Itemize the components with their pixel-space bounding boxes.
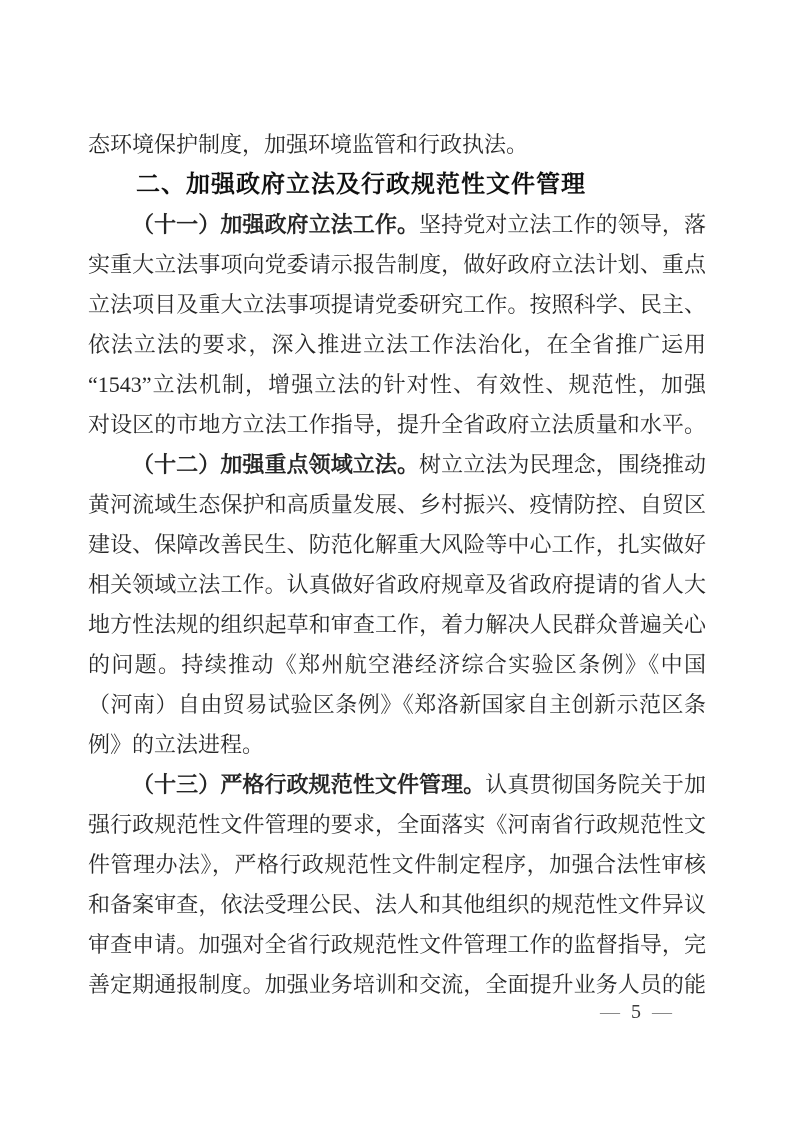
text-segment: 和备案审查，依法受理公民、法人和其他组织的规范性文件异议 [88, 892, 706, 917]
text-segment: 相关领域立法工作。认真做好省政府规章及省政府提请的省人大 [88, 572, 706, 597]
page-number-dash-left: — [600, 1001, 620, 1023]
text-segment: 树立立法为民理念，围绕推动 [419, 452, 706, 477]
page-number-value: 5 [631, 1001, 641, 1023]
text-segment: “1543”立法机制，增强立法的针对性、有效性、规范性，加强 [88, 372, 706, 397]
text-segment: 强行政规范性文件管理的要求，全面落实《河南省行政规范性文 [88, 812, 706, 837]
text-segment: 依法立法的要求，深入推进立法工作法治化，在全省推广运用 [88, 332, 706, 357]
text-segment: 对设区的市地方立法工作指导，提升全省政府立法质量和水平。 [88, 412, 706, 437]
text-line: （河南）自由贸易试验区条例》《郑洛新国家自主创新示范区条 [88, 685, 706, 725]
text-segment: 实重大立法事项向党委请示报告制度，做好政府立法计划、重点 [88, 252, 706, 277]
paragraph-lead: （十三）严格行政规范性文件管理。 [132, 772, 485, 797]
text-segment: 善定期通报制度。加强业务培训和交流，全面提升业务人员的能 [88, 972, 706, 997]
text-line: （十三）严格行政规范性文件管理。认真贯彻国务院关于加 [88, 765, 706, 805]
text-segment: 的问题。持续推动《郑州航空港经济综合实验区条例》《中国 [88, 652, 706, 677]
text-line: 态环境保护制度，加强环境监管和行政执法。 [88, 125, 706, 165]
document-page: 态环境保护制度，加强环境监管和行政执法。二、加强政府立法及行政规范性文件管理（十… [0, 0, 793, 1122]
text-line: 相关领域立法工作。认真做好省政府规章及省政府提请的省人大 [88, 565, 706, 605]
text-line: 建设、保障改善民生、防范化解重大风险等中心工作，扎实做好 [88, 525, 706, 565]
text-segment: 坚持党对立法工作的领导，落 [419, 212, 706, 237]
text-line: 对设区的市地方立法工作指导，提升全省政府立法质量和水平。 [88, 405, 706, 445]
text-segment: 态环境保护制度，加强环境监管和行政执法。 [88, 132, 528, 157]
text-line: 实重大立法事项向党委请示报告制度，做好政府立法计划、重点 [88, 245, 706, 285]
text-segment: 件管理办法》，严格行政规范性文件制定程序，加强合法性审核 [88, 852, 706, 877]
page-number-dash-right: — [652, 1001, 672, 1023]
text-line: 的问题。持续推动《郑州航空港经济综合实验区条例》《中国 [88, 645, 706, 685]
text-line: （十一）加强政府立法工作。坚持党对立法工作的领导，落 [88, 205, 706, 245]
text-line: “1543”立法机制，增强立法的针对性、有效性、规范性，加强 [88, 365, 706, 405]
text-line: 例》的立法进程。 [88, 725, 706, 765]
document-text-block: 态环境保护制度，加强环境监管和行政执法。二、加强政府立法及行政规范性文件管理（十… [88, 125, 706, 1005]
section-heading: 二、加强政府立法及行政规范性文件管理 [88, 165, 706, 205]
paragraph-lead: （十一）加强政府立法工作。 [132, 212, 419, 237]
text-line: 立法项目及重大立法事项提请党委研究工作。按照科学、民主、 [88, 285, 706, 325]
text-line: 件管理办法》，严格行政规范性文件制定程序，加强合法性审核 [88, 845, 706, 885]
text-line: 依法立法的要求，深入推进立法工作法治化，在全省推广运用 [88, 325, 706, 365]
text-line: （十二）加强重点领域立法。树立立法为民理念，围绕推动 [88, 445, 706, 485]
text-line: 强行政规范性文件管理的要求，全面落实《河南省行政规范性文 [88, 805, 706, 845]
paragraph-lead: （十二）加强重点领域立法。 [132, 452, 419, 477]
text-segment: 认真贯彻国务院关于加 [485, 772, 706, 797]
text-segment: （河南）自由贸易试验区条例》《郑洛新国家自主创新示范区条 [88, 692, 706, 717]
text-segment: 审查申请。加强对全省行政规范性文件管理工作的监督指导，完 [88, 932, 706, 957]
text-line: 和备案审查，依法受理公民、法人和其他组织的规范性文件异议 [88, 885, 706, 925]
text-line: 黄河流域生态保护和高质量发展、乡村振兴、疫情防控、自贸区 [88, 485, 706, 525]
text-line: 审查申请。加强对全省行政规范性文件管理工作的监督指导，完 [88, 925, 706, 965]
page-number: —5— [600, 997, 672, 1027]
text-segment: 黄河流域生态保护和高质量发展、乡村振兴、疫情防控、自贸区 [88, 492, 706, 517]
text-line: 地方性法规的组织起草和审查工作，着力解决人民群众普遍关心 [88, 605, 706, 645]
paragraph-lead: 二、加强政府立法及行政规范性文件管理 [136, 171, 586, 198]
text-segment: 例》的立法进程。 [88, 732, 264, 757]
text-segment: 地方性法规的组织起草和审查工作，着力解决人民群众普遍关心 [88, 612, 706, 637]
text-segment: 建设、保障改善民生、防范化解重大风险等中心工作，扎实做好 [88, 532, 706, 557]
text-segment: 立法项目及重大立法事项提请党委研究工作。按照科学、民主、 [88, 292, 706, 317]
